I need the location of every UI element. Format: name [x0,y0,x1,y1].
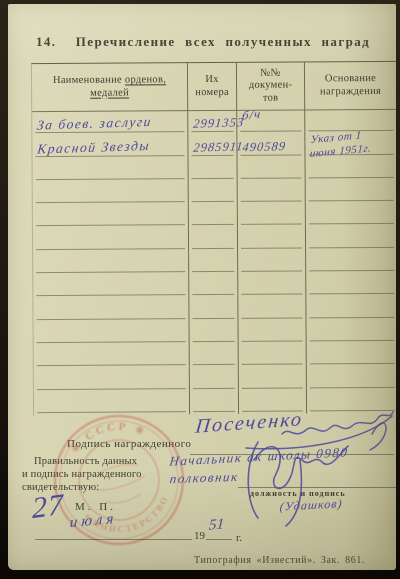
table-cell-number [189,344,238,368]
cell-rule-line [36,201,185,203]
table-cell-basis [306,320,398,344]
cell-rule-line [36,225,185,227]
cell-rule-line [242,364,303,365]
table-cell-doc [238,343,306,367]
table-cell-number [188,227,237,251]
cell-rule-line [242,340,303,341]
table-cell-basis [305,180,397,204]
cell-rule-line [241,224,302,225]
cell-rule-line [310,340,395,342]
table-cell-name [34,367,189,391]
table-cell-basis [305,250,397,274]
table-cell-doc: 490589 [236,134,304,158]
table-cell-number [188,274,237,298]
cell-rule-line [37,341,186,343]
document-page: 14. Перечисление всех полученных наград … [8,4,396,570]
year-line [206,539,232,540]
table-cell-number [188,251,237,275]
column-header-number: Их номера [187,63,236,111]
table-cell-number [188,204,237,228]
cell-rule-line [192,271,234,272]
date-day-handwritten: 27 [31,488,64,526]
table-cell-doc: б/ч [236,110,304,134]
section-title: Перечисление всех полученных наград [76,34,370,49]
table-cell-doc [238,320,306,344]
awards-table: Наименование орденов,медалей Их номера №… [31,61,398,416]
cell-rule-line [192,201,234,202]
table-cell-number [188,181,237,205]
table-cell-number: 2991353 [187,111,236,135]
cell-rule-line [241,177,302,178]
table-cell-name [34,344,189,368]
cell-rule-line [192,178,234,179]
date-line [35,539,192,540]
cell-rule-line [192,248,234,249]
cell-rule-line [242,387,303,388]
table-cell-name [33,181,188,205]
table-cell-name [33,228,188,252]
table-cell-doc [238,367,306,391]
cell-rule-line [192,224,234,225]
column-header-docs: №№ докумен- тов [236,62,304,110]
cell-rule-line [309,293,394,295]
cell-rule-line [240,131,301,132]
table-cell-basis [305,226,397,250]
table-cell-number: 2985911 [187,134,236,158]
scanned-photo: 14. Перечисление всех полученных наград … [0,0,400,579]
table-cell-basis [305,273,397,297]
table-cell-doc [237,180,305,204]
cell-rule-line [309,270,394,272]
cell-rule-line [36,271,185,273]
page-title: 14. Перечисление всех полученных наград [36,34,370,50]
column-header-name: Наименование орденов,медалей [32,63,187,112]
cell-rule-line [241,317,302,318]
table-cell-name [33,274,188,298]
table-cell-doc [237,297,305,321]
cell-rule-line [36,318,185,320]
cell-rule-line [241,247,302,248]
printer-imprint: Типография «Известий». Зак. 861. [194,555,365,566]
year-prefix: 19 [194,530,205,542]
table-cell-name [33,298,188,322]
date-year-handwritten: 51 [208,516,224,534]
cell-rule-line [309,317,394,319]
table-cell-name: За боев. заслуги [32,111,187,135]
table-cell-number [189,367,238,391]
table-cell-doc [237,250,305,274]
cell-rule-line [309,200,394,202]
cell-rule-line [241,201,302,202]
table-cell-doc [237,157,305,181]
cell-rule-line [310,363,395,365]
column-header-basis: Основание награждения [304,62,396,111]
cell-rule-line [309,223,394,225]
table-cell-basis [306,343,398,367]
table-cell-basis [306,366,398,390]
certifier-signature-flourish-icon [228,426,352,530]
cell-rule-line [192,294,234,295]
section-number: 14. [36,34,56,49]
cell-rule-line [36,248,185,250]
cell-rule-line [241,271,302,272]
cell-rule-line [193,387,235,388]
cell-rule-line [309,247,394,249]
cell-rule-line [241,294,302,295]
table-cell-basis: Указ от 1 июня 1951г. [304,133,396,157]
cell-rule-line [36,295,185,297]
table-cell-name [33,204,188,228]
table-cell-name [34,321,189,345]
handwritten-entry-doc: б/ч [241,107,262,124]
table-cell-number [188,157,237,181]
table-cell-name [33,158,188,182]
table-cell-name [33,251,188,275]
table-cell-doc [237,227,305,251]
cell-rule-line [192,318,234,319]
cell-rule-line [36,178,185,180]
cell-rule-line [37,388,186,390]
table-cell-number [189,321,238,345]
year-label: г. [236,532,242,544]
table-cell-number [188,297,237,321]
cell-rule-line [193,341,235,342]
cell-rule-line [37,364,186,366]
table-cell-basis [305,296,397,320]
table-cell-basis [305,203,397,227]
cell-rule-line [193,364,235,365]
table-cell-name: Красной Звезды [32,134,187,158]
handwritten-entry-doc: 490589 [242,139,287,155]
handwritten-entry-name: Красной Звезды [36,138,151,158]
cell-rule-line [310,386,395,388]
table-cell-doc [237,274,305,298]
table-cell-doc [237,204,305,228]
cell-rule-line [309,177,394,179]
